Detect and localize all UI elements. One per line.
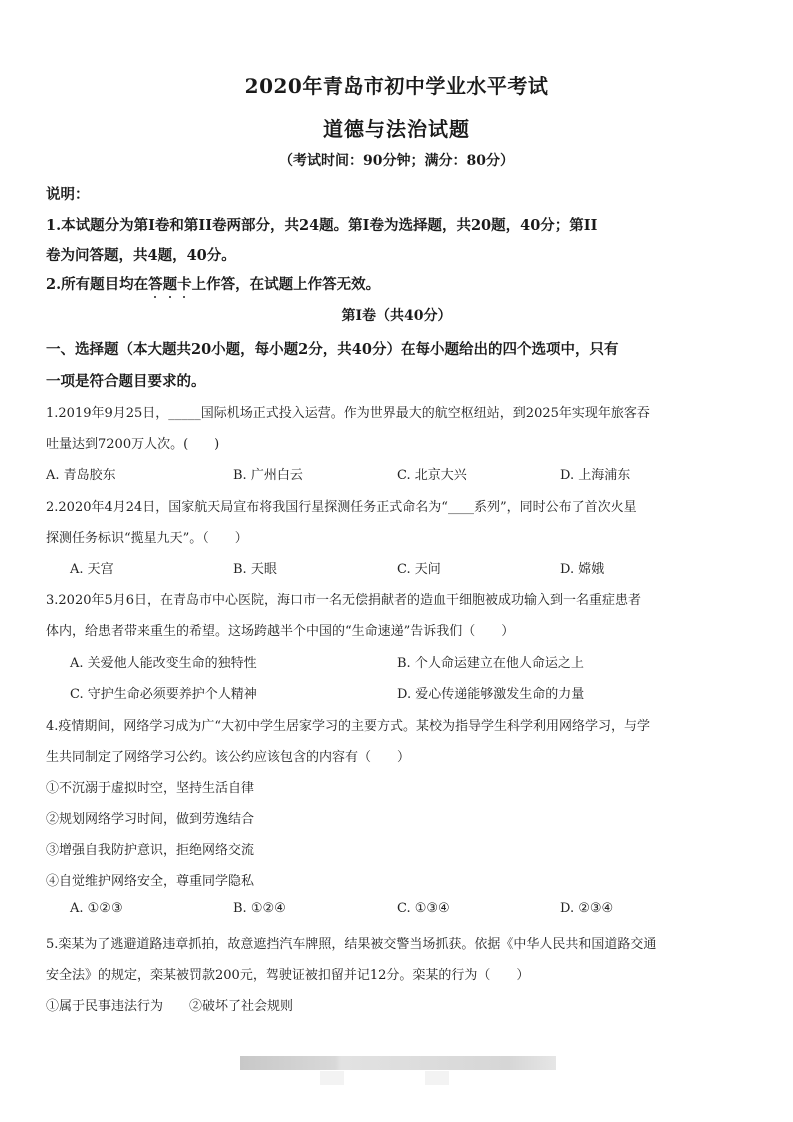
instruction-1b: 卷为问答题，共4题，40分。 — [46, 244, 236, 265]
section-title: 第I卷（共40分） — [0, 305, 793, 325]
section-desc-a: 一、选择题（本大题共20小题，每小题2分，共40分）在每小题给出的四个选项中，只… — [46, 338, 618, 359]
instruction-2-post: 上作答，在试题上作答无效。 — [192, 276, 381, 293]
question-4-option-b: B. ①②④ — [233, 901, 286, 916]
section-desc-b: 一项是符合题目要求的。 — [46, 370, 206, 391]
question-4-option-a: A. ①②③ — [70, 901, 123, 916]
question-2-option-c: C. 天问 — [397, 558, 441, 577]
question-2-option-a: A. 天宫 — [70, 558, 114, 577]
question-3-option-d: D. 爱心传递能够激发生命的力量 — [397, 683, 584, 702]
footer-watermark-bar — [240, 1056, 556, 1070]
question-4-statement-1: ①不沉溺于虚拟时空，坚持生活自律 — [46, 777, 254, 796]
instructions-heading: 说明： — [46, 183, 90, 204]
exam-title: 2020年青岛市初中学业水平考试 — [0, 70, 793, 99]
emphasis-char: 卡 — [177, 276, 192, 293]
exam-subtitle: 道德与法治试题 — [0, 113, 793, 142]
question-3-option-b: B. 个人命运建立在他人命运之上 — [397, 652, 584, 671]
question-3-text-b: 体内，给患者带来重生的希望。这场跨越半个中国的“生命速递”告诉我们（ ） — [46, 620, 514, 639]
footer-watermark-smudge — [425, 1071, 449, 1085]
question-4-statement-3: ③增强自我防护意识，拒绝网络交流 — [46, 839, 254, 858]
exam-info: （考试时间：90分钟；满分：80分） — [0, 150, 793, 170]
question-1-option-b: B. 广州白云 — [233, 464, 303, 483]
question-1-option-a: A. 青岛胶东 — [46, 464, 116, 483]
question-4-statement-4: ④自觉维护网络安全，尊重同学隐私 — [46, 870, 254, 889]
question-5-statements: ①属于民事违法行为 ②破坏了社会规则 — [46, 995, 293, 1014]
question-4-statement-2: ②规划网络学习时间，做到劳逸结合 — [46, 808, 254, 827]
question-1-text-a: 1.2019年9月25日，_____国际机场正式投入运营。作为世界最大的航空枢纽… — [46, 402, 650, 421]
emphasis-char: 题 — [163, 276, 178, 293]
question-1-option-c: C. 北京大兴 — [397, 464, 467, 483]
question-3-option-c: C. 守护生命必须要养护个人精神 — [70, 683, 257, 702]
exam-page: 2020年青岛市初中学业水平考试 道德与法治试题 （考试时间：90分钟；满分：8… — [0, 0, 793, 1122]
question-5-text-a: 5.栾某为了逃避道路违章抓拍，故意遮挡汽车牌照，结果被交警当场抓获。依据《中华人… — [46, 933, 656, 952]
question-4-text-a: 4.疫情期间，网络学习成为广“大初中学生居家学习的主要方式。某校为指导学生科学利… — [46, 715, 650, 734]
question-2-text-b: 探测任务标识“揽星九天”。（ ） — [46, 527, 248, 546]
emphasis-char: 答 — [148, 276, 163, 293]
footer-watermark-smudge — [320, 1071, 344, 1085]
question-1-text-b: 吐量达到7200万人次。( ) — [46, 433, 219, 452]
question-4-text-b: 生共同制定了网络学习公约。该公约应该包含的内容有（ ） — [46, 746, 410, 765]
question-4-option-d: D. ②③④ — [560, 901, 613, 916]
question-2-text-a: 2.2020年4月24日，国家航天局宣布将我国行星探测任务正式命名为“____系… — [46, 496, 637, 515]
instruction-2-pre: 2.所有题目均在 — [46, 276, 148, 293]
question-1-option-d: D. 上海浦东 — [560, 464, 630, 483]
question-2-option-b: B. 天眼 — [233, 558, 277, 577]
question-3-text-a: 3.2020年5月6日，在青岛市中心医院，海口市一名无偿捐献者的造血干细胞被成功… — [46, 589, 641, 608]
question-5-text-b: 安全法》的规定，栾某被罚款200元，驾驶证被扣留并记12分。栾某的行为（ ） — [46, 964, 529, 983]
instruction-1a: 1.本试题分为第I卷和第II卷两部分，共24题。第I卷为选择题，共20题，40分… — [46, 214, 597, 235]
instruction-2: 2.所有题目均在答题卡上作答，在试题上作答无效。 — [46, 273, 380, 294]
question-4-option-c: C. ①③④ — [397, 901, 450, 916]
question-3-option-a: A. 关爱他人能改变生命的独特性 — [70, 652, 257, 671]
question-2-option-d: D. 嫦娥 — [560, 558, 604, 577]
